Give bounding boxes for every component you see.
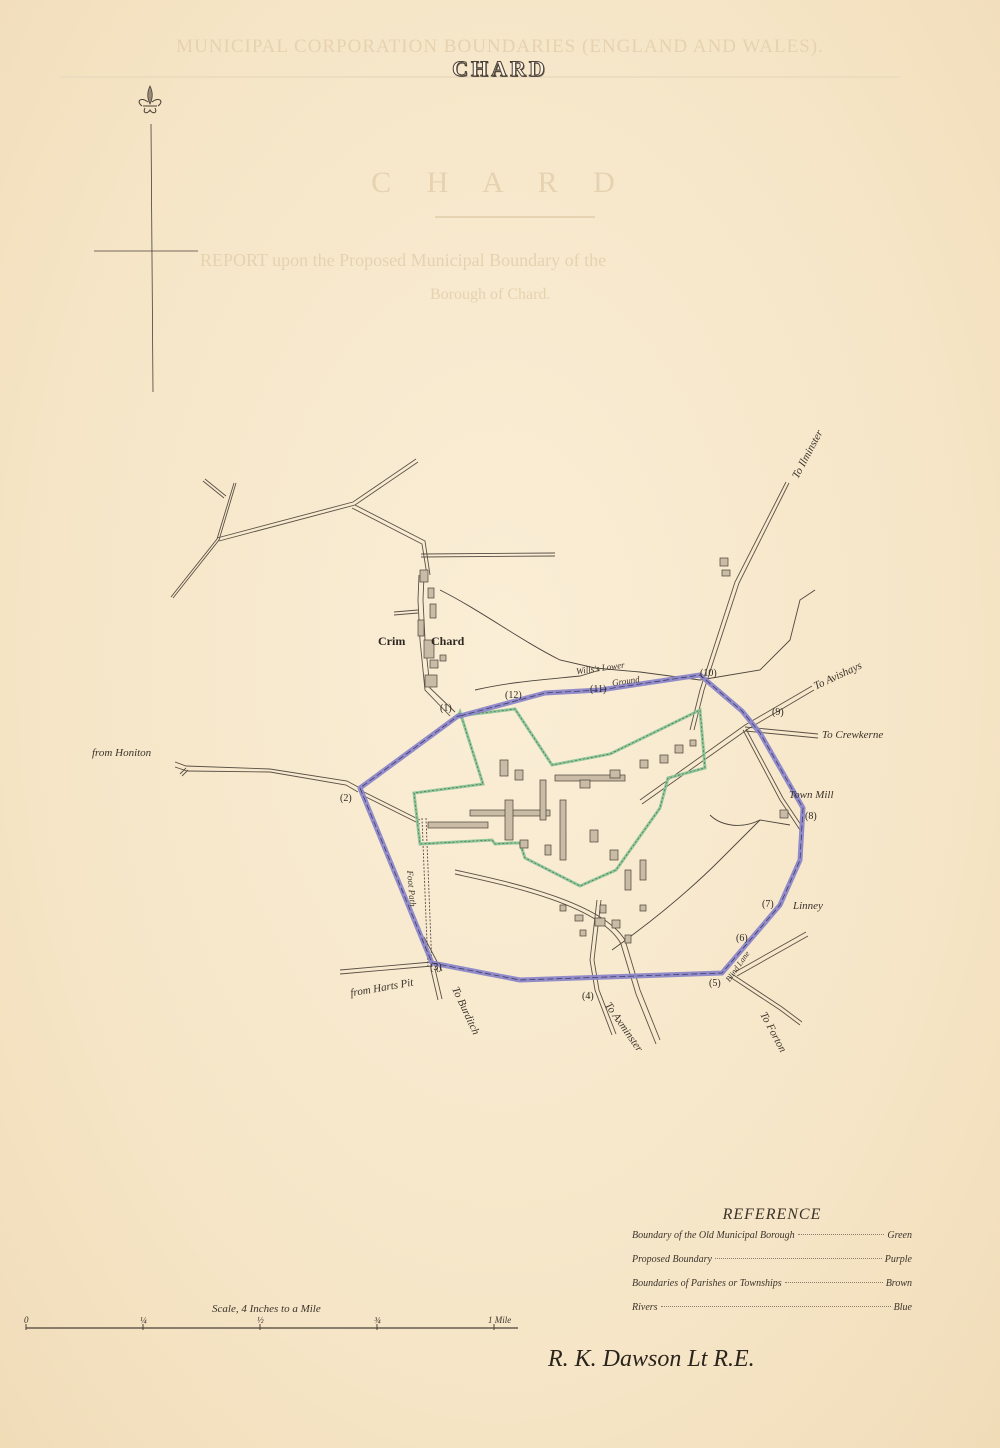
scale-tick-0: 0 (24, 1315, 29, 1325)
scale-tick-quarter: ¼ (140, 1315, 147, 1325)
signature: R. K. Dawson Lt R.E. (548, 1346, 755, 1373)
scale-tick-three-quarter: ¾ (374, 1315, 381, 1325)
scale-tick-1-mile: 1 Mile (488, 1315, 511, 1325)
map-page: MUNICIPAL CORPORATION BOUNDARIES (ENGLAN… (0, 0, 1000, 1448)
scale-tick-half: ½ (257, 1315, 264, 1325)
scale-bar (0, 0, 1000, 1448)
